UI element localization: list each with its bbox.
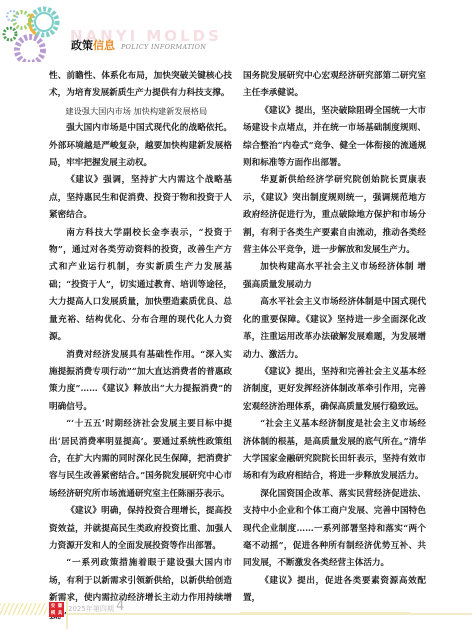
left-column: 性、前瞻性、体系化布局，加快突破关键核心技术，为培育发展新质生产力提供有力科技支… <box>49 68 232 625</box>
paragraph: 《建议》提出，坚决破除阻碍全国统一大市场建设卡点堵点，并在统一市场基础制度规则、… <box>243 103 426 173</box>
subheading: 建设强大国内市场 加快构建新发展格局 <box>49 103 232 120</box>
issue-label: 2025年第四期 <box>68 604 114 614</box>
gears-logo-icon <box>0 0 72 62</box>
paragraph: 国务院发展研究中心宏观经济研究部第二研究室主任李承健说。 <box>243 68 426 103</box>
section-title-part1: 政策 <box>71 37 93 53</box>
footer-hatch-decoration <box>0 603 47 615</box>
section-title-english: POLICY INFORMATION <box>121 43 206 51</box>
paragraph: 消费对经济发展具有基础性作用。“深入实施提振消费专项行动”“加大直达消费者的普惠… <box>49 347 232 417</box>
right-column: 国务院发展研究中心宏观经济研究部第二研究室主任李承健说。 《建议》提出，坚决破除… <box>243 68 426 608</box>
paragraph: 性、前瞻性、体系化布局，加快突破关键核心技术，为培育发展新质生产力提供有力科技支… <box>49 68 232 103</box>
badge-char: 模 <box>50 610 57 617</box>
badge-char: 徽 <box>57 603 64 610</box>
paragraph: 华夏新供给经济学研究院创始院长贾康表示，《建议》突出制度规则统一，强调规范地方政… <box>243 172 426 259</box>
paragraph: 《建议》提出，促进各类要素资源高效配置， <box>243 573 426 608</box>
subheading: 加快构建高水平社会主义市场经济体制 增强高质量发展动力 <box>243 259 426 294</box>
paragraph: 《建议》强调，坚持扩大内需这个战略基点，坚持惠民生和促消费、投资于物和投资于人紧… <box>49 172 232 224</box>
magazine-badge-icon: 安 徽 模 具 <box>49 602 64 617</box>
badge-char: 具 <box>57 610 64 617</box>
section-title-part2: 信息 <box>93 37 115 53</box>
paragraph: 高水平社会主义市场经济体制是中国式现代化的重要保障。《建议》坚持进一步全面深化改… <box>243 294 426 364</box>
paragraph: 深化国资国企改革、落实民营经济促进法、支持中小企业和个体工商户发展、完善中国特色… <box>243 486 426 573</box>
paragraph: “‘十五五’时期经济社会发展主要目标中提出‘居民消费率明显提高’。要通过系统性政… <box>49 416 232 503</box>
paragraph: “一系列政策措施着眼于建设强大国内市场，有利于以新需求引领新供给，以新供给创造新… <box>49 555 232 625</box>
page-header: NANYI MOLDS 政策 信息 POLICY INFORMATION <box>0 0 472 62</box>
section-title: 政策 信息 POLICY INFORMATION <box>71 37 206 53</box>
paragraph: 强大国内市场是中国式现代化的战略依托。外部环境越是严峻复杂，越要加快构建新发展格… <box>49 120 232 172</box>
paragraph: 南方科技大学副校长金李表示，“投资于物”，通过对各类劳动资料的投资，改善生产方式… <box>49 225 232 347</box>
page-number: 4 <box>116 599 124 614</box>
footer-divider <box>66 613 472 615</box>
paragraph: 《建议》提出，坚持和完善社会主义基本经济制度，更好发挥经济体制改革牵引作用，完善… <box>243 364 426 416</box>
paragraph: “社会主义基本经济制度是社会主义市场经济体制的根基，是高质量发展的底气所在。”清… <box>243 416 426 486</box>
paragraph: 《建议》明确，保持投资合理增长，提高投资效益，并就提高民生类政府投资比重、加强人… <box>49 503 232 555</box>
badge-char: 安 <box>50 603 57 610</box>
